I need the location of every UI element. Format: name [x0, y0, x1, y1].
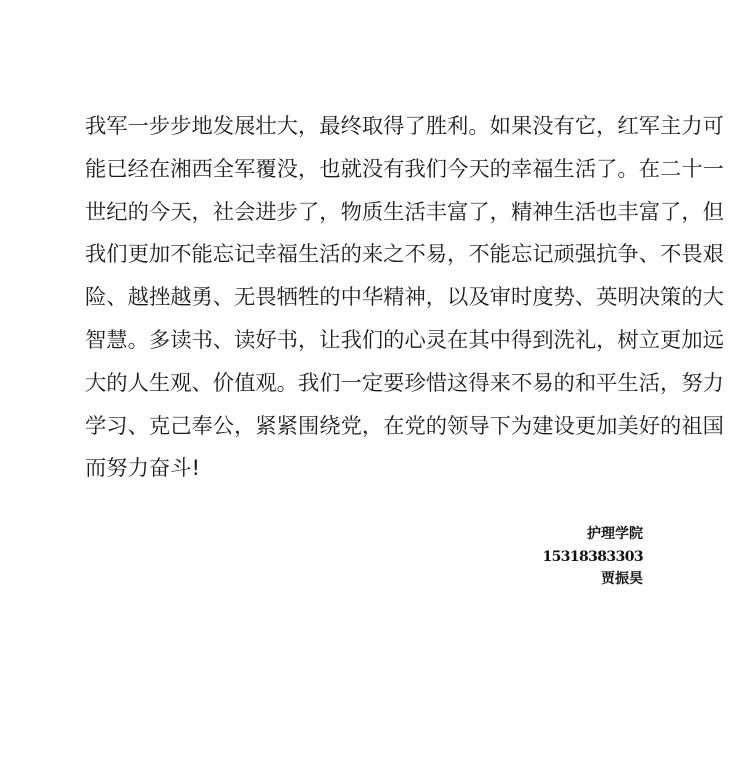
paragraph-line: 我们更加不能忘记幸福生活的来之不易，不能忘记顽强抗争、不畏艰 — [85, 234, 645, 277]
paragraph-line: 而努力奋斗! — [85, 448, 645, 491]
signature-block: 护理学院 15318383303 贾振昊 — [542, 523, 643, 591]
paragraph-line: 能已经在湘西全军覆没，也就没有我们今天的幸福生活了。在二十一 — [85, 149, 645, 192]
signature-department: 护理学院 — [542, 523, 643, 546]
paragraph-line: 世纪的今天，社会进步了，物质生活丰富了，精神生活也丰富了，但 — [85, 192, 645, 235]
paragraph-line: 大的人生观、价值观。我们一定要珍惜这得来不易的和平生活，努力 — [85, 363, 645, 406]
essay-paragraph: 我军一步步地发展壮大，最终取得了胜利。如果没有它，红军主力可 能已经在湘西全军覆… — [85, 106, 645, 491]
paragraph-line: 智慧。多读书、读好书，让我们的心灵在其中得到洗礼，树立更加远 — [85, 320, 645, 363]
paragraph-line: 学习、克己奉公，紧紧围绕党，在党的领导下为建设更加美好的祖国 — [85, 406, 645, 449]
paragraph-line: 险、越挫越勇、无畏牺牲的中华精神，以及审时度势、英明决策的大 — [85, 277, 645, 320]
paragraph-line: 我军一步步地发展壮大，最终取得了胜利。如果没有它，红军主力可 — [85, 106, 645, 149]
signature-phone: 15318383303 — [542, 546, 643, 569]
document-page: 我军一步步地发展壮大，最终取得了胜利。如果没有它，红军主力可 能已经在湘西全军覆… — [0, 0, 750, 771]
signature-name: 贾振昊 — [542, 568, 643, 591]
